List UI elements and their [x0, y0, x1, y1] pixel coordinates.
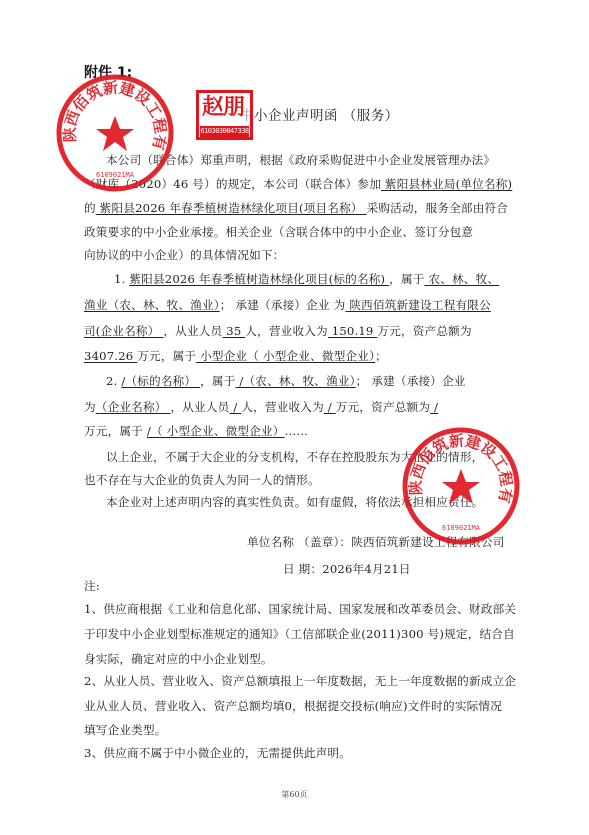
item1-line-3: 司(企业名称） ，从业人员 35 人，营业收入为 150.19 万元，资产总额为	[84, 324, 472, 338]
label-text: ； 承建（承接）企业 为	[220, 298, 346, 312]
label-text: 万元，资产总额为	[377, 324, 471, 338]
note-line: 于印发中小企业划型标准规定的通知》（工信部联企业(2011)300 号)规定，结…	[84, 627, 515, 641]
employees-value: 35	[222, 324, 245, 338]
date-value: 2026年4月21日	[322, 562, 410, 576]
svg-text:陕西佰筑新建设工程有限公: 陕西佰筑新建设工程有限公	[54, 72, 169, 152]
label-text: 万元，属于	[137, 349, 196, 363]
label-text: ，属于	[200, 374, 235, 388]
item2-line-1: 2. /（标的名称） ，属于 /（农、林、牧、渔业）； 承建（承接）企业	[106, 374, 466, 388]
project-name: 紫阳县2026 年春季植树造林绿化项目(项目名称）	[96, 201, 367, 215]
note-line: 业从业人员、营业收入、资产总额均填0，根据提交投标(响应)文件时的实际情况	[84, 699, 502, 713]
label-text: 人，营业收入为	[245, 324, 328, 338]
revenue-value: /	[324, 400, 336, 414]
svg-text:6109021MA: 6109021MA	[442, 524, 481, 532]
lot-name: 紫阳县2026 年春季植树造林绿化项目(标的名称)	[129, 272, 389, 286]
statement-line-3: 本企业对上述声明内容的真实性负责。如有虚假，将依法承担相应责任。	[106, 495, 483, 509]
item1-line-2: 渔业（农、林、牧、渔业）； 承建（承接）企业 为 陕西佰筑新建设工程有限公	[84, 298, 491, 312]
revenue-value: 150.19	[328, 324, 378, 338]
note-line: 2、从业人员、营业收入、资产总额填报上一年度数据，无上一年度数据的新成立企	[84, 674, 516, 688]
intro-text: 的	[84, 201, 96, 215]
item-number: 2.	[106, 374, 117, 388]
intro-line-3: 的 紫阳县2026 年春季植树造林绿化项目(项目名称） 采购活动，服务全部由符合	[84, 201, 508, 215]
document-page: 附件 1: 中小企业声明函 （服务） 本公司（联合体）郑重声明，根据《政府采购促…	[0, 0, 589, 835]
purchaser-name: 紫阳县林业局(单位名称)	[381, 177, 512, 191]
label-text: ……	[285, 424, 309, 438]
notes-label: 注:	[84, 579, 100, 593]
assets-value: /	[430, 400, 438, 414]
label-text: 为	[84, 400, 96, 414]
document-title: 中小企业声明函 （服务）	[240, 104, 399, 124]
item2-line-3: 万元，属于 /（ 小型企业、微型企业）……	[84, 424, 308, 438]
signature-unit: 单位名称 （盖章）：陕西佰筑新建设工程有限公司	[247, 535, 505, 549]
lot-name: /（标的名称）	[121, 374, 200, 388]
label-text: ，属于	[389, 272, 424, 286]
company-part2: 司(企业名称）	[84, 324, 163, 338]
label-text: ； 承建（承接）企业	[356, 374, 466, 388]
statement-line-1: 以上企业，不属于大企业的分支机构，不存在控股股东为大企业的情形，	[106, 450, 483, 464]
signature-date: 日 期：2026年4月21日	[283, 562, 411, 576]
note-line: 1、供应商根据《工业和信息化部、国家统计局、国家发展和改革委员会、财政部关	[84, 602, 516, 616]
intro-text: 采购活动，服务全部由符合	[367, 201, 509, 215]
industry: /（农、林、牧、渔业）	[236, 374, 356, 388]
company-seal-icon: 陕西佰筑新建设工程有限公 6109021MA	[54, 72, 176, 194]
intro-line-1: 本公司（联合体）郑重声明，根据《政府采购促进中小企业发展管理办法》	[106, 153, 495, 167]
intro-line-5: 向协议的中小企业）的具体情况如下：	[84, 248, 285, 262]
label-text: 万元，资产总额为	[336, 400, 430, 414]
note-line: 3、供应商不属于中小微企业的，无需提供此声明。	[84, 746, 351, 760]
item1-line-4: 3407.26 万元，属于 小型企业（ 小型企业、微型企业）；	[84, 349, 387, 363]
assets-value: 3407.26	[84, 349, 137, 363]
personal-name-seal: 赵朋 6103030047338	[196, 90, 253, 140]
item2-line-2: 为（企业名称） ，从业人员 / 人，营业收入为 / 万元，资产总额为 /	[84, 400, 438, 414]
intro-line-2: （财库（2020）46 号）的规定，本公司（联合体）参加 紫阳县林业局(单位名称…	[84, 177, 512, 191]
statement-line-2: 也不存在与大企业的负责人为同一人的情形。	[84, 473, 320, 487]
label-text: ，从业人员	[163, 324, 222, 338]
seal-name: 赵朋	[202, 95, 244, 121]
item1-line-1: 1. 紫阳县2026 年春季植树造林绿化项目(标的名称) ，属于 农、林、牧、	[114, 272, 499, 286]
unit-label: 单位名称 （盖章）：	[247, 535, 351, 549]
intro-text: （财库（2020）46 号）的规定，本公司（联合体）参加	[84, 177, 381, 191]
employees-value: /	[229, 400, 241, 414]
intro-line-4: 政策要求的中小企业承接。相关企业（含联合体中的中小企业、签订分包意	[84, 225, 473, 239]
note-line: 身实际，确定对应的中小企业划型。	[84, 652, 273, 666]
date-label: 日 期：	[283, 562, 322, 576]
note-line: 填写企业类型。	[84, 723, 167, 737]
label-text: 人，营业收入为	[241, 400, 324, 414]
svg-text:陕西佰筑新建设工程有限公: 陕西佰筑新建设工程有限公	[400, 425, 515, 505]
company-name: （企业名称）	[96, 400, 171, 414]
seal-code: 6103030047338	[200, 126, 249, 137]
item-number: 1.	[114, 272, 125, 286]
industry-part2: 渔业（农、林、牧、渔业）	[84, 298, 220, 312]
unit-name: 陕西佰筑新建设工程有限公司	[351, 535, 504, 549]
enterprise-size: 小型企业（ 小型企业、微型企业）	[196, 349, 375, 363]
industry-part1: 农、林、牧、	[425, 272, 500, 286]
label-text: ；	[375, 349, 387, 363]
attachment-label: 附件 1:	[84, 62, 132, 82]
label-text: ，从业人员	[170, 400, 229, 414]
label-text: 万元，属于	[84, 424, 147, 438]
company-part1: 陕西佰筑新建设工程有限公	[345, 298, 490, 312]
page-number: 第60页	[0, 789, 589, 800]
enterprise-size: /（ 小型企业、微型企业）	[147, 424, 285, 438]
company-seal-icon: 陕西佰筑新建设工程有限公 6109021MA	[400, 425, 522, 547]
